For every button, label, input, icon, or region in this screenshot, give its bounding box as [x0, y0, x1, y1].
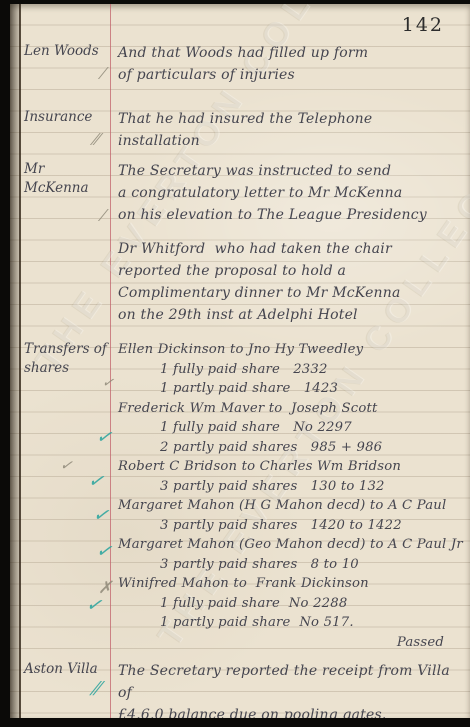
minute-entry: Aston VillaThe Secretary reported the re…: [24, 660, 466, 718]
entry-line: Robert C Bridson to Charles Wm Bridson: [118, 457, 466, 477]
entry-line: 3 partly paid shares 1420 to 1422: [118, 516, 466, 536]
minute-entry: Mr McKennaThe Secretary was instructed t…: [24, 160, 466, 226]
entry-line: Ellen Dickinson to Jno Hy Tweedley: [118, 340, 466, 360]
entry-line: Margaret Mahon (H G Mahon decd) to A C P…: [118, 496, 466, 516]
entry-line: Winifred Mahon to Frank Dickinson: [118, 574, 466, 594]
entry-body: The Secretary was instructed to senda co…: [110, 160, 466, 226]
margin-label: Mr McKenna: [24, 160, 110, 226]
entry-line: The Secretary was instructed to send: [118, 160, 466, 182]
entry-line: 1 fully paid share 2332: [118, 360, 466, 380]
entry-line: Complimentary dinner to Mr McKenna: [118, 282, 466, 304]
entry-line: on his elevation to The League Presidenc…: [118, 204, 466, 226]
scan-background: { "page": { "number": "142", "watermark_…: [0, 0, 470, 727]
margin-label: Insurance: [24, 108, 110, 152]
entry-line: of particulars of injuries: [118, 64, 466, 86]
entry-line: That he had insured the Telephone: [118, 108, 466, 130]
margin-label: Len Woods: [24, 42, 110, 86]
entry-line: 1 fully paid share No 2297: [118, 418, 466, 438]
entry-line: The Secretary reported the receipt from …: [118, 660, 466, 704]
entry-body: Ellen Dickinson to Jno Hy Tweedley1 full…: [110, 340, 466, 652]
minute-entry: Transfers of sharesEllen Dickinson to Jn…: [24, 340, 466, 652]
entry-line: 2 partly paid shares 985 + 986: [118, 438, 466, 458]
entry-line: 3 partly paid shares 8 to 10: [118, 555, 466, 575]
minute-entry: Dr Whitford who had taken the chairrepor…: [24, 238, 466, 326]
margin-label: Aston Villa: [24, 660, 110, 718]
entry-line: Margaret Mahon (Geo Mahon decd) to A C P…: [118, 535, 466, 555]
entry-line: on the 29th inst at Adelphi Hotel: [118, 304, 466, 326]
entry-body: The Secretary reported the receipt from …: [110, 660, 466, 718]
minute-entry: InsuranceThat he had insured the Telepho…: [24, 108, 466, 152]
entry-body: Dr Whitford who had taken the chairrepor…: [110, 238, 466, 326]
entry-line: installation: [118, 130, 466, 152]
entries: Len WoodsAnd that Woods had filled up fo…: [10, 4, 470, 718]
entry-line: Passed: [118, 633, 466, 653]
entry-line: 1 fully paid share No 2288: [118, 594, 466, 614]
margin-label: [24, 238, 110, 326]
entry-line: a congratulatory letter to Mr McKenna: [118, 182, 466, 204]
entry-line: And that Woods had filled up form: [118, 42, 466, 64]
entry-line: 1 partly paid share 1423: [118, 379, 466, 399]
entry-line: 1 partly paid share No 517.: [118, 613, 466, 633]
entry-line: Frederick Wm Maver to Joseph Scott: [118, 399, 466, 419]
entry-line: Dr Whitford who had taken the chair: [118, 238, 466, 260]
entry-line: reported the proposal to hold a: [118, 260, 466, 282]
margin-label: Transfers of shares: [24, 340, 110, 652]
entry-line: £4.6.0 balance due on pooling gates.: [118, 704, 466, 718]
entry-body: That he had insured the Telephoneinstall…: [110, 108, 466, 152]
entry-line: 3 partly paid shares 130 to 132: [118, 477, 466, 497]
ledger-page: THE EVERTON COLLECTION THE EVERTON COLLE…: [10, 4, 470, 718]
minute-entry: Len WoodsAnd that Woods had filled up fo…: [24, 42, 466, 86]
entry-body: And that Woods had filled up formof part…: [110, 42, 466, 86]
